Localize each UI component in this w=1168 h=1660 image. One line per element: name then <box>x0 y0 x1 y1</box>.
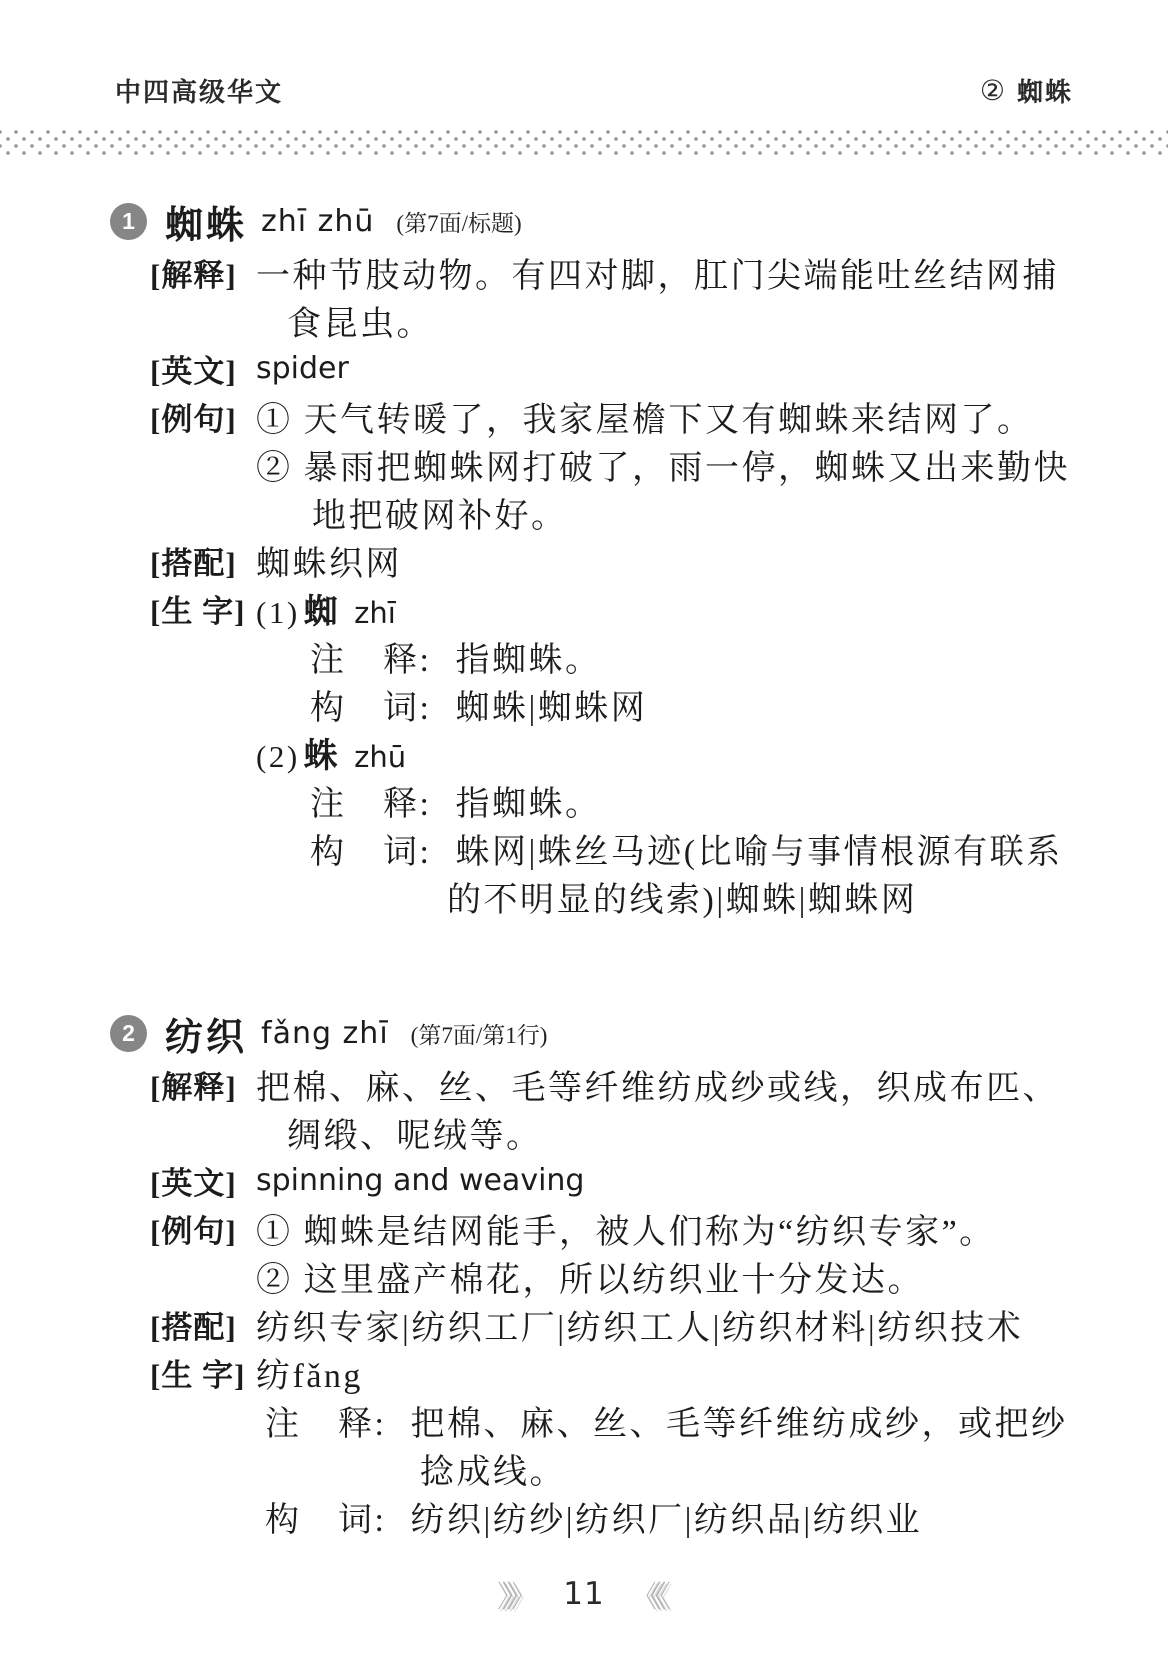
collocation-line: [搭配] 蜘蛛织网 <box>110 536 1168 584</box>
new-char-1-note: 注 释: 把棉、麻、丝、毛等纤维纺成纱，或把纱 <box>110 1396 1168 1444</box>
new-char-1-compounds: 构 词: 纺织|纺纱|纺织厂|纺织品|纺织业 <box>110 1492 1168 1540</box>
new-char-2: (2)蛛zhū <box>256 728 406 777</box>
example-label: [例句] <box>150 1206 256 1251</box>
example-line-1: [例句] ① 蜘蛛是结网能手，被人们称为“纺织专家”。 <box>110 1204 1168 1252</box>
definition-label: [解释] <box>150 1062 256 1107</box>
compounds-text: 蜘蛛|蜘蛛网 <box>455 680 647 729</box>
english-line: [英文] spinning and weaving <box>110 1156 1168 1204</box>
new-char-1-num: (1) <box>256 595 300 630</box>
definition-line: [解释] 把棉、麻、丝、毛等纤维纺成纱或线，织成布匹、 <box>110 1060 1168 1108</box>
new-char-1-glyph: 纺 <box>256 1358 293 1395</box>
chapter-title: 蜘蛛 <box>1017 72 1073 109</box>
chevrons-right-icon: 》》》 <box>497 1572 537 1616</box>
page-header: 中四高级华文 ② 蜘蛛 <box>0 0 1168 109</box>
note-text: 指蜘蛛。 <box>455 632 601 681</box>
entry-word: 纺织 <box>165 1006 247 1061</box>
new-char-1-glyph: 蜘 <box>304 593 341 631</box>
new-char-2-compounds-cont: 的不明显的线索)|蜘蛛|蜘蛛网 <box>110 872 1168 920</box>
new-char-1-compounds: 构 词: 蜘蛛|蜘蛛网 <box>110 680 1168 728</box>
new-char-1-pinyin: zhī <box>354 596 396 630</box>
chapter-number-icon: ② <box>980 74 1007 107</box>
entry-spinning: 2 纺织 fǎng zhī (第7面/第1行) [解释] 把棉、麻、丝、毛等纤维… <box>0 1006 1168 1540</box>
new-char-2-pinyin: zhū <box>354 740 406 774</box>
english-text: spider <box>256 351 349 386</box>
new-char-label: [生 字] <box>150 586 256 631</box>
collocation-text: 蜘蛛织网 <box>256 536 402 585</box>
definition-label: [解释] <box>150 250 256 295</box>
compounds-label: 构 词: <box>310 824 431 873</box>
definition-line: [解释] 一种节肢动物。有四对脚，肛门尖端能吐丝结网捕 <box>110 248 1168 296</box>
english-label: [英文] <box>150 346 256 391</box>
definition-line-cont: 绸缎、呢绒等。 <box>110 1108 1168 1156</box>
note-text: 把棉、麻、丝、毛等纤维纺成纱，或把纱 <box>410 1396 1067 1445</box>
entry-spider: 1 蜘蛛 zhī zhū (第7面/标题) [解释] 一种节肢动物。有四对脚，肛… <box>0 194 1168 920</box>
entry-title: 1 蜘蛛 zhī zhū (第7面/标题) <box>110 194 1168 248</box>
example-label: [例句] <box>150 394 256 439</box>
collocation-label: [搭配] <box>150 1302 256 1347</box>
definition-line-cont: 食昆虫。 <box>110 296 1168 344</box>
note-label: 注 释: <box>310 776 431 825</box>
new-char-2-note: 注 释: 指蜘蛛。 <box>110 776 1168 824</box>
example-line-1: [例句] ① 天气转暖了，我家屋檐下又有蜘蛛来结网了。 <box>110 392 1168 440</box>
collocation-line: [搭配] 纺织专家|纺织工厂|纺织工人|纺织材料|纺织技术 <box>110 1300 1168 1348</box>
new-char-1: (1)蜘zhī <box>256 584 396 633</box>
note-label: 注 释: <box>265 1396 386 1445</box>
entry-title: 2 纺织 fǎng zhī (第7面/第1行) <box>110 1006 1168 1060</box>
compounds-label: 构 词: <box>310 680 431 729</box>
new-char-1: 纺fǎng <box>256 1348 363 1397</box>
english-line: [英文] spider <box>110 344 1168 392</box>
new-char-1-pinyin: fǎng <box>293 1358 363 1395</box>
entry-pinyin: fǎng zhī <box>261 1016 389 1051</box>
english-text: spinning and weaving <box>256 1163 584 1198</box>
page-number: 11 <box>563 1576 604 1612</box>
note-text-cont: 捻成线。 <box>420 1444 566 1493</box>
example-line-2: ② 这里盛产棉花，所以纺织业十分发达。 <box>110 1252 1168 1300</box>
note-text: 指蜘蛛。 <box>455 776 601 825</box>
entry-source-ref: (第7面/第1行) <box>411 1017 548 1050</box>
definition-text-cont: 食昆虫。 <box>287 296 433 345</box>
entry-number-badge: 2 <box>110 1015 147 1052</box>
course-title: 中四高级华文 <box>115 72 283 109</box>
chevrons-left-icon: 《《《 <box>631 1572 671 1616</box>
collocation-label: [搭配] <box>150 538 256 583</box>
new-char-2-compounds: 构 词: 蛛网|蛛丝马迹(比喻与事情根源有联系 <box>110 824 1168 872</box>
new-char-1-note: 注 释: 指蜘蛛。 <box>110 632 1168 680</box>
dotted-divider <box>0 129 1168 156</box>
example-2-text: ② 暴雨把蜘蛛网打破了，雨一停，蜘蛛又出来勤快 <box>256 440 1070 489</box>
new-char-line-1: [生 字] (1)蜘zhī <box>110 584 1168 632</box>
example-1-text: ① 天气转暖了，我家屋檐下又有蜘蛛来结网了。 <box>256 392 1034 441</box>
example-2-text: ② 这里盛产棉花，所以纺织业十分发达。 <box>256 1252 924 1301</box>
chapter-heading: ② 蜘蛛 <box>980 72 1073 109</box>
definition-text: 把棉、麻、丝、毛等纤维纺成纱或线，织成布匹、 <box>256 1060 1059 1109</box>
entry-number-badge: 1 <box>110 203 147 240</box>
compounds-text-cont: 的不明显的线索)|蜘蛛|蜘蛛网 <box>447 872 917 921</box>
note-label: 注 释: <box>310 632 431 681</box>
definition-text: 一种节肢动物。有四对脚，肛门尖端能吐丝结网捕 <box>256 248 1059 297</box>
example-2-text-cont: 地把破网补好。 <box>312 488 568 537</box>
compounds-label: 构 词: <box>265 1492 386 1541</box>
new-char-label: [生 字] <box>150 1350 256 1395</box>
example-line-2: ② 暴雨把蜘蛛网打破了，雨一停，蜘蛛又出来勤快 <box>110 440 1168 488</box>
english-label: [英文] <box>150 1158 256 1203</box>
new-char-1-note-cont: 捻成线。 <box>110 1444 1168 1492</box>
compounds-text: 纺织|纺纱|纺织厂|纺织品|纺织业 <box>410 1492 922 1541</box>
compounds-text: 蛛网|蛛丝马迹(比喻与事情根源有联系 <box>455 824 1062 873</box>
example-line-2-cont: 地把破网补好。 <box>110 488 1168 536</box>
new-char-2-num: (2) <box>256 739 300 774</box>
entry-pinyin: zhī zhū <box>261 204 374 239</box>
page-footer: 》》》 11 《《《 <box>0 1572 1168 1616</box>
example-1-text: ① 蜘蛛是结网能手，被人们称为“纺织专家”。 <box>256 1204 996 1253</box>
new-char-2-glyph: 蛛 <box>304 737 341 775</box>
definition-text-cont: 绸缎、呢绒等。 <box>287 1108 543 1157</box>
new-char-line-1: [生 字] 纺fǎng <box>110 1348 1168 1396</box>
entry-word: 蜘蛛 <box>165 194 247 249</box>
collocation-text: 纺织专家|纺织工厂|纺织工人|纺织材料|纺织技术 <box>256 1300 1023 1349</box>
new-char-line-2: (2)蛛zhū <box>110 728 1168 776</box>
entry-source-ref: (第7面/标题) <box>396 205 521 238</box>
